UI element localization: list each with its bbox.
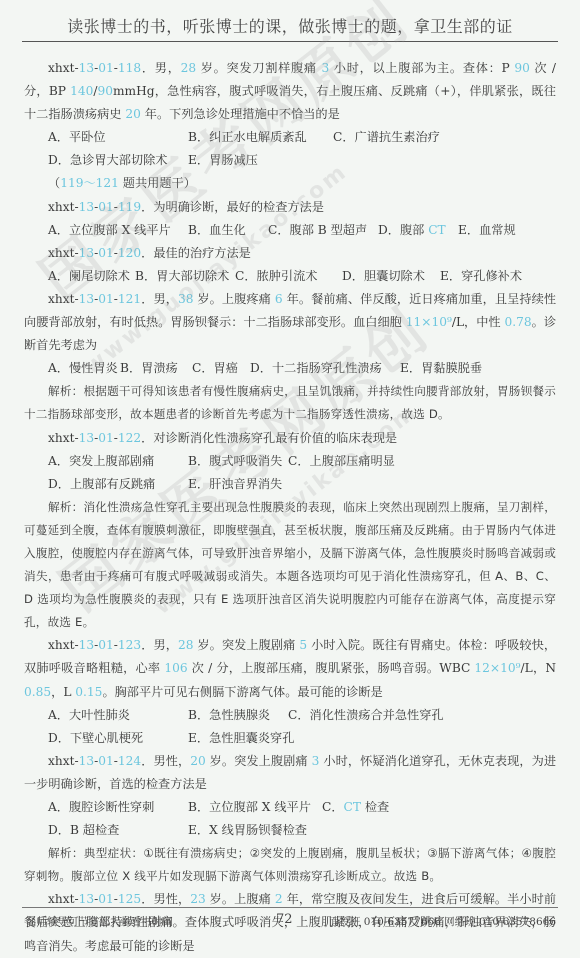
age-value: 28 (178, 638, 194, 652)
question-118-stem: xhxt-13-01-118．男，28 岁。突发刀割样腹痛 3 小时，以上腹部为… (24, 57, 556, 126)
option-c: C．胃癌 (192, 357, 250, 380)
option-c: C．CT 检查 (322, 796, 389, 819)
question-number: 118 (118, 61, 141, 75)
question-121-analysis: 解析：根据题干可得知该患者有慢性腹痛病史，且呈饥饿痛，并持续性向腰背部放射，胃肠… (24, 380, 556, 426)
page-footer: 名师辅导可节省您大量看书时间 72 面授班 010-63577666 网络班 0… (26, 912, 556, 930)
question-id-part: 01 (98, 754, 114, 768)
shared-stem-label: 题共用题干） (119, 176, 196, 190)
option-a: A．平卧位 (48, 126, 188, 149)
question-118-options-row-1: A．平卧位B．纠正水电解质紊乱C．广谱抗生素治疗 (24, 126, 556, 149)
footer-slogan: 名师辅导可节省您大量看书时间 (26, 914, 173, 929)
question-120-text: ．最佳的治疗方法是 (141, 246, 251, 260)
question-id-part: 01 (98, 61, 114, 75)
question-id-prefix: xhxt- (48, 754, 79, 768)
duration-value: 2 (275, 892, 283, 906)
stem-text: ．男， (141, 638, 178, 652)
option-a: A．腹腔诊断性穿刺 (48, 796, 188, 819)
option-a: A．阑尾切除术 (48, 265, 135, 288)
question-121-stem: xhxt-13-01-121．男，38 岁。上腹疼痛 6 年。餐前痛、伴反酸，近… (24, 288, 556, 357)
option-d-highlight: CT (428, 223, 445, 237)
question-124-options-row-1: A．腹腔诊断性穿刺B．立位腹部 X 线平片C．CT 检查 (24, 796, 556, 819)
range-sep: ～ (83, 176, 95, 190)
question-id-part: 13 (79, 246, 95, 260)
option-e: E．肝浊音界消失 (188, 473, 282, 496)
question-id-part: 13 (79, 892, 95, 906)
option-d: D．上腹部有反跳痛 (48, 473, 188, 496)
question-id-part: 01 (98, 200, 114, 214)
stem-text: 。胸部平片可见右侧膈下游离气体。最可能的诊断是 (102, 685, 382, 699)
question-120-stem: xhxt-13-01-120．最佳的治疗方法是 (24, 242, 556, 265)
option-c: C．腹部 B 型超声 (268, 219, 378, 242)
page-number: 72 (276, 912, 293, 927)
question-119-stem: xhxt-13-01-119．为明确诊断，最好的检查方法是 (24, 196, 556, 219)
question-id-part: 13 (79, 200, 95, 214)
stem-text: 岁。突发上腹剧痛 (206, 754, 312, 768)
option-c: C．脓肿引流术 (235, 265, 342, 288)
option-c: C．消化性溃疡合并急性穿孔 (288, 704, 444, 727)
question-id-part: 13 (79, 292, 95, 306)
question-id-part: 13 (79, 431, 95, 445)
footer-contact: 面授班 010-63577666 网络班 010-63578666 (329, 914, 556, 929)
question-number: 121 (118, 292, 141, 306)
question-id-prefix: xhxt- (48, 246, 79, 260)
book-page: 读张博士的书，听张博士的课，做张博士的题，拿卫生部的证 xhxt-13-01-1… (0, 0, 580, 958)
option-d: D．急诊胃大部切除术 (48, 149, 188, 172)
question-number: 119 (118, 200, 141, 214)
page-content: xhxt-13-01-118．男，28 岁。突发刀割样腹痛 3 小时，以上腹部为… (24, 57, 556, 958)
age-value: 38 (178, 292, 194, 306)
highlight-value: 20 (125, 107, 141, 121)
option-c-label: C． (322, 800, 344, 814)
range-start: 119 (60, 176, 83, 190)
question-number: 124 (118, 754, 141, 768)
question-id-prefix: xhxt- (48, 638, 79, 652)
option-e: E．X 线胃肠钡餐检查 (188, 819, 307, 842)
stem-text: /L，中性 (452, 315, 505, 329)
option-e: E．血常规 (458, 219, 516, 242)
heart-rate-value: 106 (164, 661, 187, 675)
range-end: 121 (96, 176, 119, 190)
highlight-value: 90 (514, 61, 530, 75)
option-e: E．穿孔修补术 (440, 265, 522, 288)
lymphocyte-value: 0.15 (75, 685, 102, 699)
question-122-stem: xhxt-13-01-122．对诊断消化性溃疡穿孔最有价值的临床表现是 (24, 427, 556, 450)
option-a: A．突发上腹部剧痛 (48, 450, 188, 473)
question-id-part: 13 (79, 754, 95, 768)
question-number: 122 (118, 431, 141, 445)
highlight-value: 140 (70, 84, 93, 98)
stem-text: 岁。上腹疼痛 (194, 292, 275, 306)
option-b: B．急性胰腺炎 (188, 704, 288, 727)
option-c: C．上腹部压痛明显 (288, 450, 395, 473)
stem-text: 小时，以上腹部为主。查体：P (329, 61, 514, 75)
stem-text: 次 / 分，上腹部压痛，腹肌紧张，肠鸣音弱。WBC (188, 661, 475, 675)
question-number: 123 (118, 638, 141, 652)
option-d: D．B 超检查 (48, 819, 188, 842)
option-b: B．胃溃疡 (120, 357, 192, 380)
duration-value: 5 (299, 638, 307, 652)
highlight-value: 90 (97, 84, 113, 98)
option-b: B．胃大部切除术 (135, 265, 235, 288)
stem-text: ．男， (141, 292, 178, 306)
option-c-highlight: CT (344, 800, 361, 814)
stem-text: /L，N (521, 661, 556, 675)
option-c: C．广谱抗生素治疗 (333, 126, 440, 149)
stem-text: 岁。突发上腹剧痛 (194, 638, 300, 652)
option-d: D．腹部 CT (378, 219, 458, 242)
question-id-part: 01 (98, 431, 114, 445)
neutrophil-value: 0.78 (504, 315, 531, 329)
question-id-part: 13 (79, 61, 95, 75)
question-124-analysis: 解析：典型症状：①既往有溃疡病史；②突发的上腹剧痛，腹肌呈板状；③膈下游离气体；… (24, 842, 556, 888)
option-c-tail: 检查 (361, 800, 389, 814)
option-a: A．慢性胃炎 (48, 357, 120, 380)
option-e: E．胃肠减压 (188, 149, 258, 172)
question-120-options: A．阑尾切除术B．胃大部切除术C．脓肿引流术D．胆囊切除术E．穿孔修补术 (24, 265, 556, 288)
question-122-options-row-1: A．突发上腹部剧痛B．腹式呼吸消失C．上腹部压痛明显 (24, 450, 556, 473)
question-122-analysis: 解析：消化性溃疡急性穿孔主要出现急性腹膜炎的表现，临床上突然出现剧烈上腹痛，呈刀… (24, 496, 556, 635)
question-124-options-row-2: D．B 超检查E．X 线胃肠钡餐检查 (24, 819, 556, 842)
option-d: D．十二指肠穿孔性溃疡 (250, 357, 400, 380)
question-118-options-row-2: D．急诊胃大部切除术E．胃肠减压 (24, 149, 556, 172)
stem-text: ．男性， (141, 754, 190, 768)
question-123-options-row-1: A．大叶性肺炎B．急性胰腺炎C．消化性溃疡合并急性穿孔 (24, 704, 556, 727)
question-id-part: 13 (79, 638, 95, 652)
question-number: 120 (118, 246, 141, 260)
neutrophil-value: 0.85 (24, 685, 51, 699)
footer-divider (22, 907, 558, 908)
question-119-text: ．为明确诊断，最好的检查方法是 (141, 200, 324, 214)
question-id-prefix: xhxt- (48, 292, 79, 306)
question-119-options: A．立位腹部 X 线平片B．血生化C．腹部 B 型超声D．腹部 CTE．血常规 (24, 219, 556, 242)
option-b: B．腹式呼吸消失 (188, 450, 288, 473)
question-id-prefix: xhxt- (48, 892, 79, 906)
option-a: A．立位腹部 X 线平片 (48, 219, 188, 242)
question-id-part: 01 (98, 246, 114, 260)
header-divider (22, 41, 558, 42)
duration-value: 6 (275, 292, 283, 306)
wbc-value: 11×10⁹ (406, 315, 452, 329)
option-e: E．胃黏膜脱垂 (400, 357, 482, 380)
stem-text: ，L (51, 685, 75, 699)
option-e: E．急性胆囊炎穿孔 (188, 727, 294, 750)
option-d: D．下壁心肌梗死 (48, 727, 188, 750)
paren-open: （ (48, 176, 60, 190)
wbc-value: 12×10⁹ (474, 661, 520, 675)
question-number: 125 (118, 892, 141, 906)
stem-text: ．男， (141, 61, 180, 75)
question-id-prefix: xhxt- (48, 431, 79, 445)
question-122-text: ．对诊断消化性溃疡穿孔最有价值的临床表现是 (141, 431, 397, 445)
age-value: 23 (190, 892, 206, 906)
option-a: A．大叶性肺炎 (48, 704, 188, 727)
question-id-part: 01 (98, 892, 114, 906)
question-123-options-row-2: D．下壁心肌梗死E．急性胆囊炎穿孔 (24, 727, 556, 750)
stem-text: ．男性， (141, 892, 190, 906)
option-d-label: D．腹部 (378, 223, 428, 237)
question-122-options-row-2: D．上腹部有反跳痛E．肝浊音界消失 (24, 473, 556, 496)
shared-stem-note: （119～121 题共用题干） (24, 172, 556, 195)
page-header-title: 读张博士的书，听张博士的课，做张博士的题，拿卫生部的证 (0, 14, 580, 37)
option-b: B．立位腹部 X 线平片 (188, 796, 322, 819)
question-id-part: 01 (98, 638, 114, 652)
question-id-part: 01 (98, 292, 114, 306)
question-121-options: A．慢性胃炎B．胃溃疡C．胃癌D．十二指肠穿孔性溃疡E．胃黏膜脱垂 (24, 357, 556, 380)
option-b: B．纠正水电解质紊乱 (188, 126, 333, 149)
option-b: B．血生化 (188, 219, 268, 242)
question-id-prefix: xhxt- (48, 61, 79, 75)
question-id-prefix: xhxt- (48, 200, 79, 214)
stem-text: 岁。上腹痛 (206, 892, 275, 906)
question-124-stem: xhxt-13-01-124．男性，20 岁。突发上腹剧痛 3 小时，怀疑消化道… (24, 750, 556, 796)
age-value: 20 (190, 754, 206, 768)
option-d: D．胆囊切除术 (342, 265, 440, 288)
question-123-stem: xhxt-13-01-123．男，28 岁。突发上腹剧痛 5 小时入院。既往有胃… (24, 634, 556, 703)
highlight-value: 28 (181, 61, 197, 75)
stem-text: 岁。突发刀割样腹痛 (196, 61, 321, 75)
stem-text: 年。下列急诊处理措施中不恰当的是 (141, 107, 340, 121)
